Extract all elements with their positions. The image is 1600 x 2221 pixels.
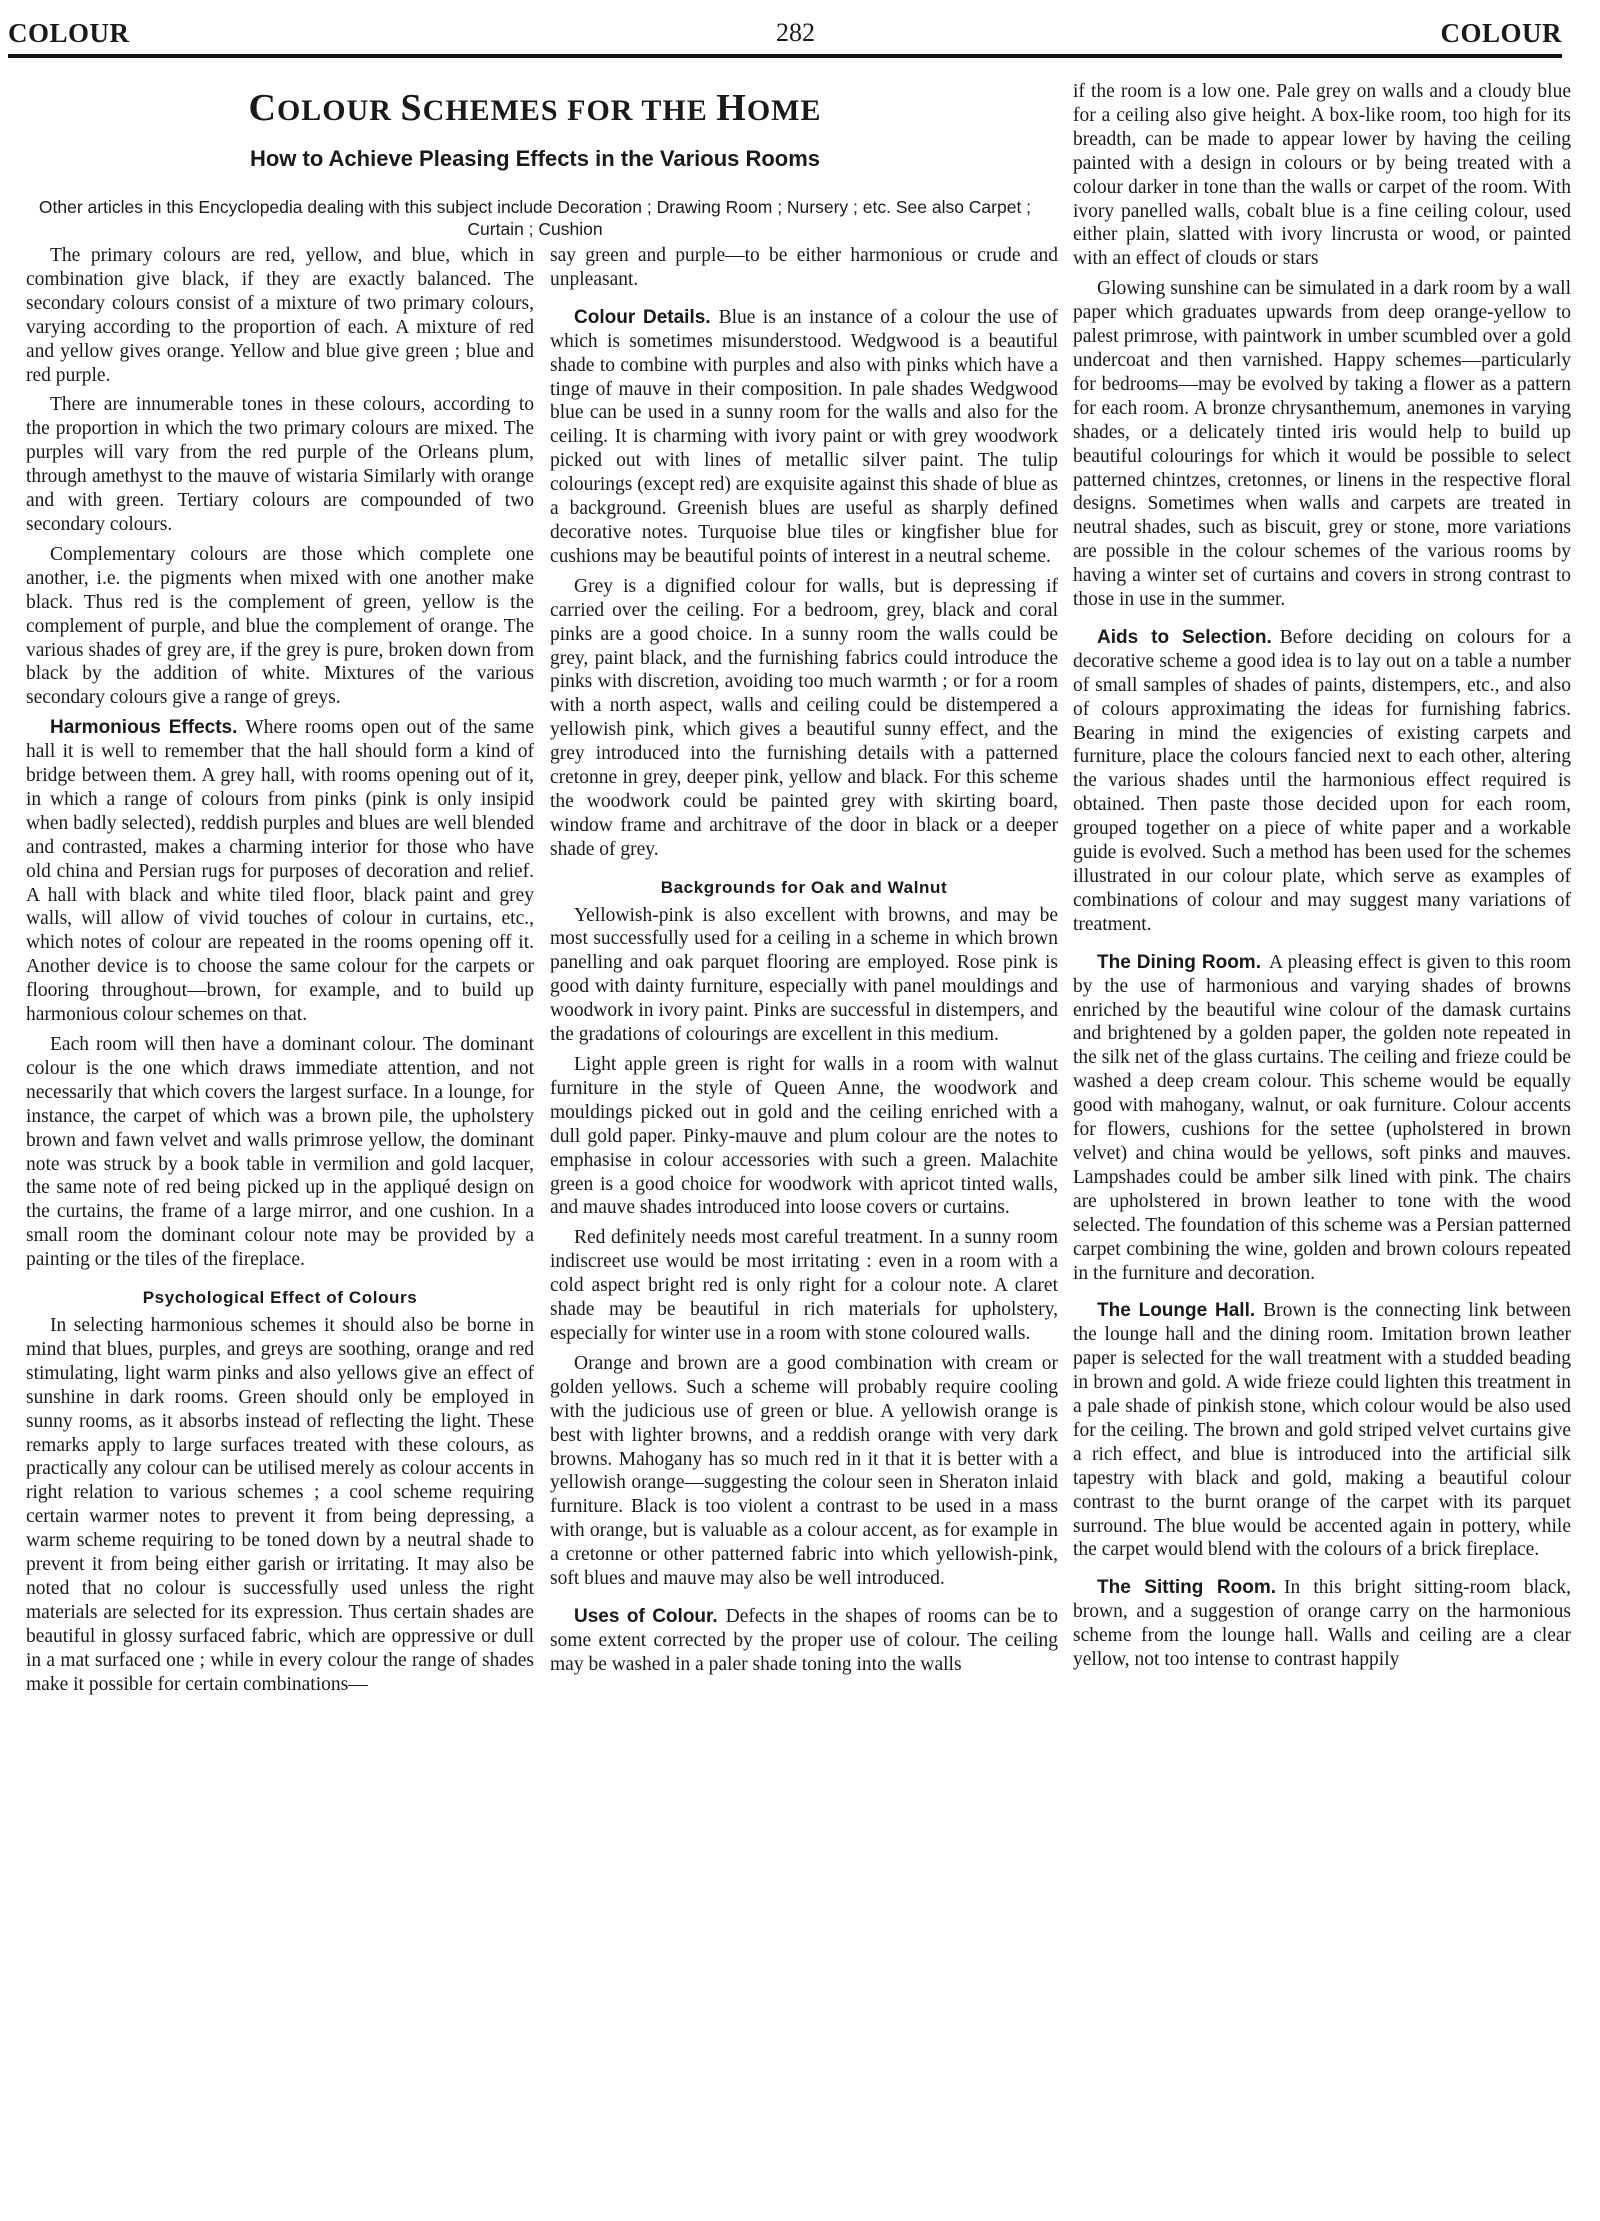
- paragraph: Red definitely needs most careful treatm…: [550, 1226, 1058, 1346]
- run-in-heading: Colour Details.: [574, 307, 711, 328]
- section-heading: Psychological Effect of Colours: [26, 1286, 534, 1310]
- paragraph: Aids to Selection.Before deciding on col…: [1073, 626, 1571, 937]
- title-part: OME: [747, 94, 822, 127]
- article-header: COLOUR SCHEMES FOR THE HOME How to Achie…: [30, 78, 1040, 240]
- paragraph: The primary colours are red, yellow, and…: [26, 244, 534, 387]
- title-initial: C: [248, 87, 276, 129]
- column-3: if the room is a low one. Pale grey on w…: [1073, 80, 1571, 1678]
- paragraph: The Dining Room.A pleasing effect is giv…: [1073, 951, 1571, 1286]
- paragraph: Orange and brown are a good combination …: [550, 1352, 1058, 1591]
- title-initial: H: [716, 87, 747, 129]
- paragraph: Glowing sunshine can be simulated in a d…: [1073, 277, 1571, 612]
- paragraph: Complementary colours are those which co…: [26, 543, 534, 710]
- paragraph: Uses of Colour.Defects in the shapes of …: [550, 1605, 1058, 1677]
- paragraph: Each room will then have a dominant colo…: [26, 1033, 534, 1272]
- cross-reference-note: Other articles in this Encyclopedia deal…: [30, 196, 1040, 240]
- paragraph-text: Blue is an instance of a colour the use …: [550, 307, 1058, 567]
- run-in-heading: The Lounge Hall.: [1097, 1300, 1255, 1321]
- run-in-heading: Uses of Colour.: [574, 1606, 718, 1627]
- title-part: OLOUR: [277, 94, 401, 127]
- running-head-right: COLOUR: [1440, 18, 1562, 49]
- paragraph: The Sitting Room.In this bright sitting-…: [1073, 1576, 1571, 1672]
- paragraph: The Lounge Hall.Brown is the connecting …: [1073, 1299, 1571, 1562]
- run-in-heading: The Sitting Room.: [1097, 1577, 1276, 1598]
- page-number: 282: [776, 18, 815, 48]
- paragraph: Grey is a dignified colour for walls, bu…: [550, 575, 1058, 862]
- running-head-left: COLOUR: [8, 18, 130, 49]
- article-subtitle: How to Achieve Pleasing Effects in the V…: [30, 146, 1040, 172]
- paragraph-text: Before deciding on colours for a decorat…: [1073, 627, 1571, 935]
- paragraph-text: A pleasing effect is given to this room …: [1073, 952, 1571, 1284]
- paragraph: say green and purple—to be either harmon…: [550, 244, 1058, 292]
- paragraph-text: Brown is the connecting link between the…: [1073, 1300, 1571, 1560]
- run-in-heading: Aids to Selection.: [1097, 627, 1272, 648]
- running-head: COLOUR 282 COLOUR: [0, 0, 1600, 60]
- header-rule: [8, 54, 1562, 58]
- run-in-heading: The Dining Room.: [1097, 952, 1261, 973]
- run-in-heading: Harmonious Effects.: [50, 717, 237, 738]
- title-part: CHEMES FOR THE: [423, 94, 717, 127]
- section-heading: Backgrounds for Oak and Walnut: [550, 876, 1058, 900]
- title-initial: S: [400, 87, 422, 129]
- paragraph: In selecting harmonious schemes it shoul…: [26, 1314, 534, 1697]
- paragraph: Colour Details.Blue is an instance of a …: [550, 306, 1058, 569]
- paragraph: Light apple green is right for walls in …: [550, 1053, 1058, 1220]
- paragraph: There are innumerable tones in these col…: [26, 393, 534, 536]
- column-2: say green and purple—to be either harmon…: [550, 244, 1058, 1683]
- paragraph: Harmonious Effects.Where rooms open out …: [26, 716, 534, 1027]
- article-title: COLOUR SCHEMES FOR THE HOME: [30, 86, 1040, 130]
- paragraph: Yellowish-pink is also excellent with br…: [550, 904, 1058, 1047]
- paragraph: if the room is a low one. Pale grey on w…: [1073, 80, 1571, 271]
- paragraph-text: Where rooms open out of the same hall it…: [26, 717, 534, 1025]
- column-1: The primary colours are red, yellow, and…: [26, 244, 534, 1702]
